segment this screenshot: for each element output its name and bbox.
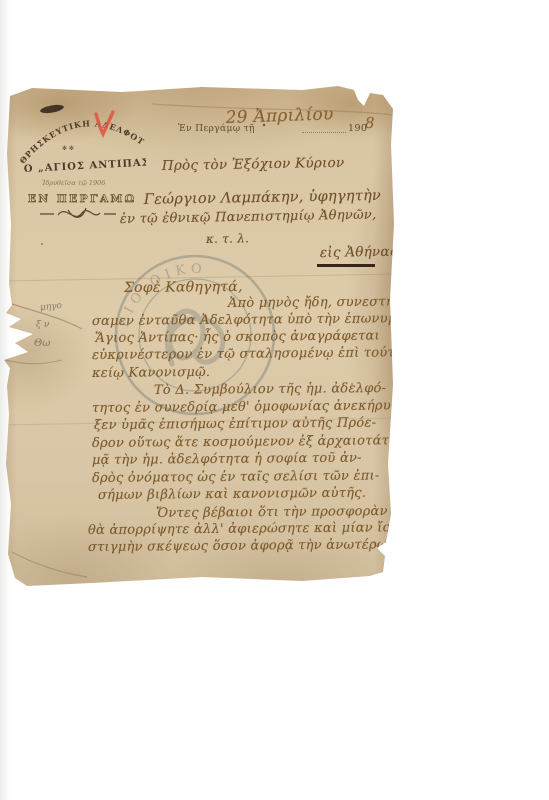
body-line: στιγμὴν σκέψεως ὅσον ἀφορᾷ τὴν ἀνωτέρω ὑ… bbox=[88, 537, 430, 555]
body-line: τητος ἐν συνεδρίᾳ μεθ' ὁμοφωνίας ἀνεκήρυ… bbox=[92, 398, 396, 416]
address-destination: εἰς Ἀθήνας. bbox=[320, 244, 403, 261]
body-line: θὰ ἀπορρίψητε ἀλλ' ἀφιερώσητε καὶ μίαν ἴ… bbox=[88, 520, 408, 538]
letterhead-ornament: ✻ ✻ bbox=[62, 145, 74, 152]
address-line: κ. τ. λ. bbox=[206, 231, 249, 246]
letterhead-arc-text: ΘΡΗΣΚΕΥΤΙΚΗ ΑΔΕΛΦΟΤΗΣ bbox=[16, 92, 146, 166]
svg-text:ΘΡΗΣΚΕΥΤΙΚΗ ΑΔΕΛΦΟΤΗΣ: ΘΡΗΣΚΕΥΤΙΚΗ ΑΔΕΛΦΟΤΗΣ bbox=[16, 92, 146, 166]
dateline-handwritten-year-digit: 8 bbox=[365, 114, 375, 132]
margin-note: Θω bbox=[34, 338, 50, 349]
body-line: Ὄντες βέβαιοι ὅτι τὴν προσφορὰν δὲν bbox=[156, 504, 416, 521]
salutation: Σοφὲ Καθηγητά, bbox=[124, 279, 243, 296]
scanned-letter: ΕΙΟ ΟΙΚΟ ΘΡΗΣΚΕΥΤΙΚΗ ΑΔΕΛΦΟΤΗΣ ✻ ✻ Ο „ΑΓ… bbox=[0, 0, 549, 800]
body-line: σήμων βιβλίων καὶ κανονισμῶν αὐτῆς. bbox=[98, 486, 366, 503]
body-line: σαμεν ἐνταῦθα Ἀδελφότητα ὑπὸ τὴν ἐπωνυμί… bbox=[92, 311, 432, 329]
ink-smudge bbox=[40, 103, 65, 114]
letter-paper: ΕΙΟ ΟΙΚΟ ΘΡΗΣΚΕΥΤΙΚΗ ΑΔΕΛΦΟΤΗΣ ✻ ✻ Ο „ΑΓ… bbox=[2, 84, 396, 588]
body-line: κείῳ Κανονισμῷ. bbox=[92, 365, 210, 381]
margin-note: ξ ν bbox=[36, 320, 49, 330]
destination-underline bbox=[317, 264, 375, 267]
body-line: δρὸς ὀνόματος ὡς ἐν ταῖς σελίσι τῶν ἐπι- bbox=[92, 468, 380, 486]
body-line: εὐκρινέστερον ἐν τῷ σταλησομένῳ ἐπὶ τούτ… bbox=[92, 345, 428, 363]
body-line: Τὸ Δ. Συμβούλιον τῆς ἡμ. ἀδελφό- bbox=[154, 381, 386, 398]
body-line: ξεν ὑμᾶς ἐπισήμως ἐπίτιμον αὐτῆς Πρόε- bbox=[94, 416, 377, 433]
letterhead-place: ΕΝ ΠΕΡΓΑΜΩ bbox=[28, 193, 137, 205]
letterhead-founded: Ἱδρυθεῖσα τῷ 1906 bbox=[42, 179, 105, 187]
body-line: Ἀπὸ μηνὸς ἤδη, συνεστή- bbox=[228, 295, 399, 311]
letterhead-flourish bbox=[40, 208, 116, 217]
dateline-dotted-leader bbox=[302, 120, 346, 133]
body-line: μᾷ τὴν ἡμ. ἀδελφότητα ἡ σοφία τοῦ ἀν- bbox=[92, 451, 362, 468]
body-line: δρον οὕτως ἅτε κοσμούμενον ἐξ ἀρχαιοτάτω… bbox=[92, 433, 430, 451]
body-line: Ἅγιος Ἀντίπας· ἧς ὁ σκοπὸς ἀναγράφεται bbox=[95, 329, 380, 346]
address-line: Πρὸς τὸν Ἐξόχιον Κύριον bbox=[162, 155, 345, 174]
letterhead-name: Ο „ΑΓΙΟΣ ΑΝΤΙΠΑΣ” bbox=[24, 157, 146, 175]
